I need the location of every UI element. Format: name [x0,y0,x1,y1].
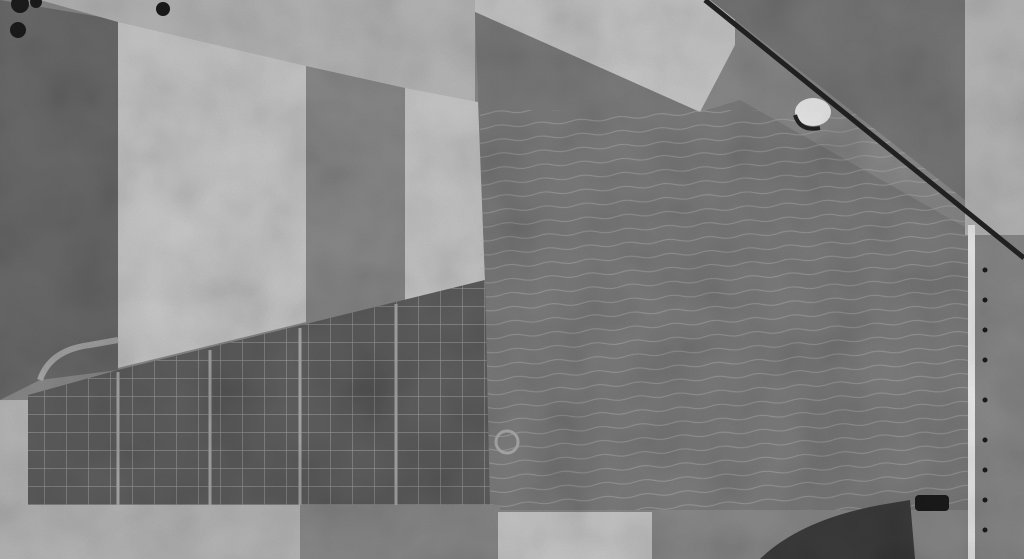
aerial-photo [0,0,1024,559]
grain-texture [0,0,1024,559]
